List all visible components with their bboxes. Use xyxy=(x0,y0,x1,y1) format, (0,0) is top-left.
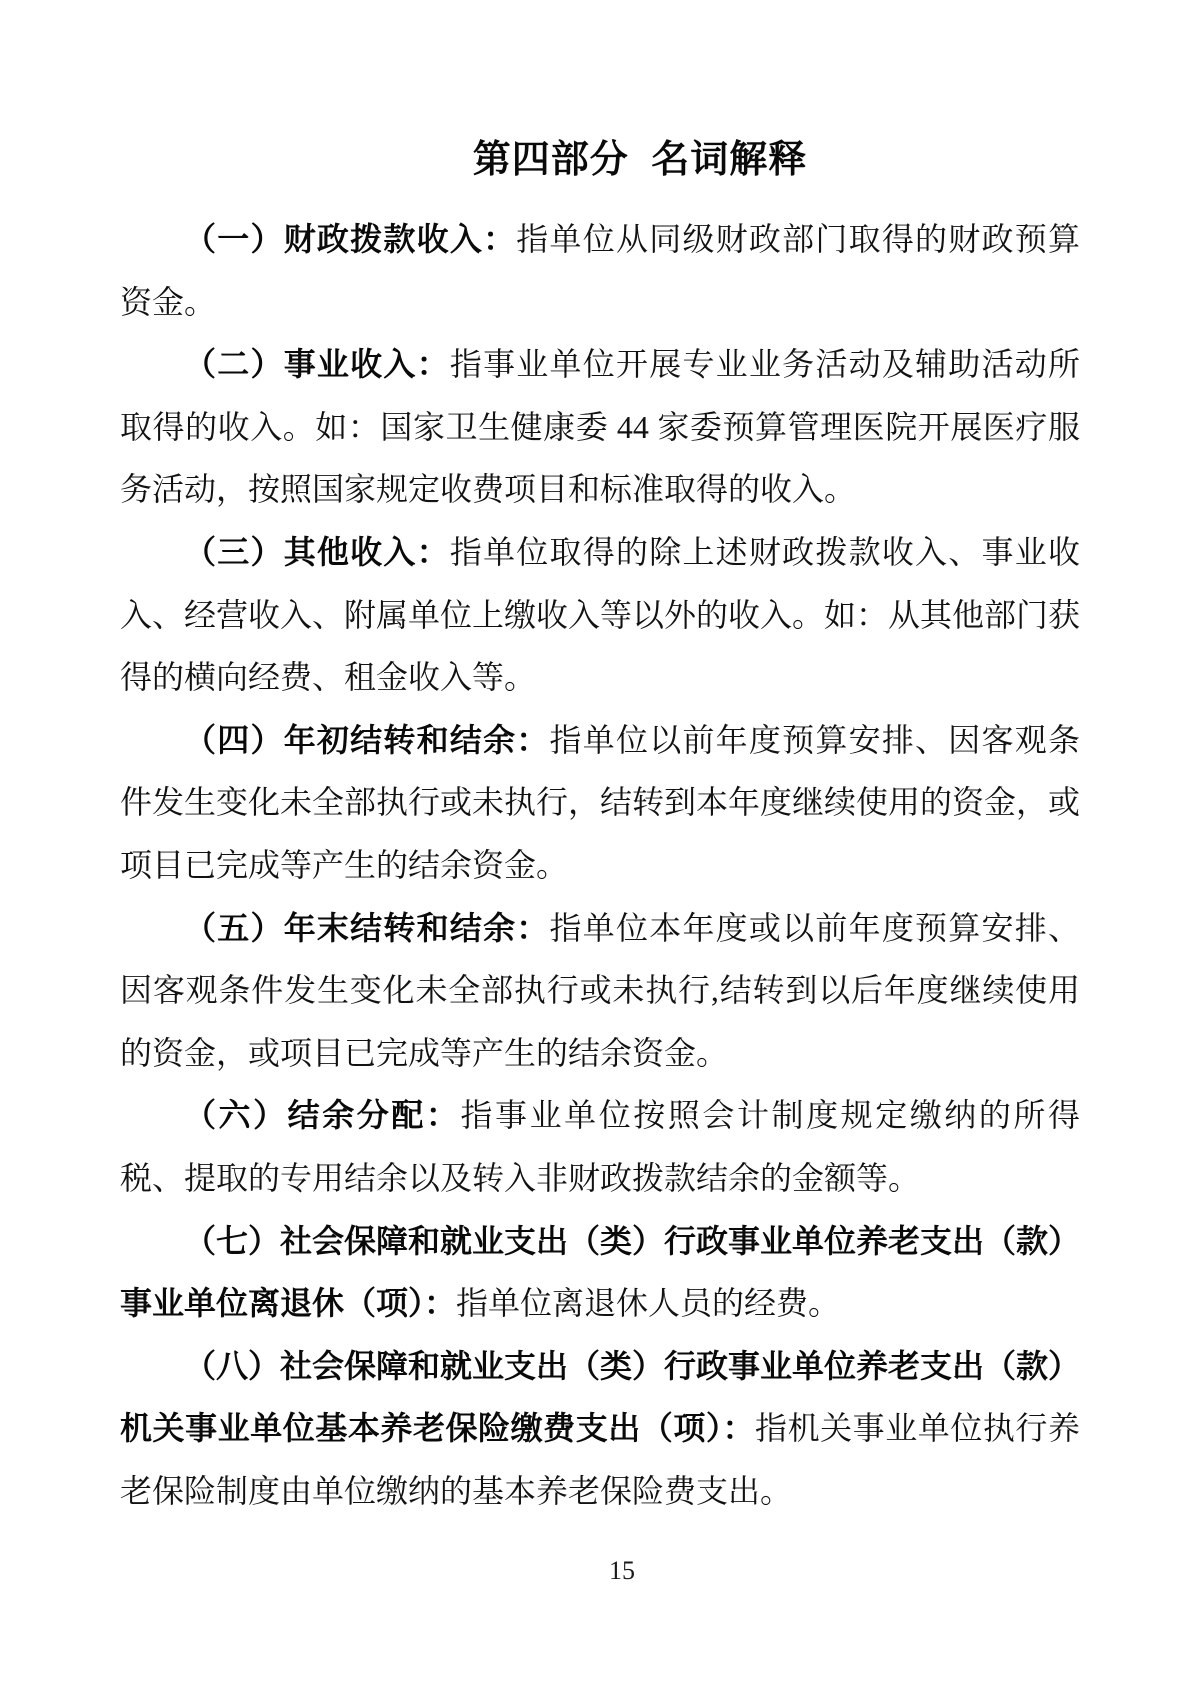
document-page: 第四部分 名词解释 （一）财政拨款收入：指单位从同级财政部门取得的财政预算资金。… xyxy=(0,0,1200,1697)
definition-item-3: （三）其他收入：指单位取得的除上述财政拨款收入、事业收入、经营收入、附属单位上缴… xyxy=(120,521,1080,709)
definitions-section: （一）财政拨款收入：指单位从同级财政部门取得的财政预算资金。 （二）事业收入：指… xyxy=(120,208,1080,1522)
definition-term: （二）事业收入： xyxy=(184,346,450,382)
definition-item-5: （五）年末结转和结余：指单位本年度或以前年度预算安排、因客观条件发生变化未全部执… xyxy=(120,897,1080,1085)
definition-term: （四）年初结转和结余： xyxy=(184,722,550,758)
definition-item-6: （六）结余分配：指事业单位按照会计制度规定缴纳的所得税、提取的专用结余以及转入非… xyxy=(120,1084,1080,1209)
definition-text: 指单位离退休人员的经费。 xyxy=(456,1285,840,1321)
page-title: 第四部分 名词解释 xyxy=(40,134,1200,186)
definition-item-8: （八）社会保障和就业支出（类）行政事业单位养老支出（款）机关事业单位基本养老保险… xyxy=(120,1335,1080,1523)
definition-item-2: （二）事业收入：指事业单位开展专业业务活动及辅助活动所取得的收入。如：国家卫生健… xyxy=(120,333,1080,521)
definition-item-1: （一）财政拨款收入：指单位从同级财政部门取得的财政预算资金。 xyxy=(120,208,1080,333)
definition-term: （三）其他收入： xyxy=(184,534,450,570)
definition-term: （一）财政拨款收入： xyxy=(184,221,516,257)
definition-item-7: （七）社会保障和就业支出（类）行政事业单位养老支出（款）事业单位离退休（项）：指… xyxy=(120,1210,1080,1335)
page-number: 15 xyxy=(22,1556,1200,1586)
definition-item-4: （四）年初结转和结余：指单位以前年度预算安排、因客观条件发生变化未全部执行或未执… xyxy=(120,709,1080,897)
definition-term: （六）结余分配： xyxy=(184,1097,460,1133)
definition-term: （五）年末结转和结余： xyxy=(184,910,550,946)
